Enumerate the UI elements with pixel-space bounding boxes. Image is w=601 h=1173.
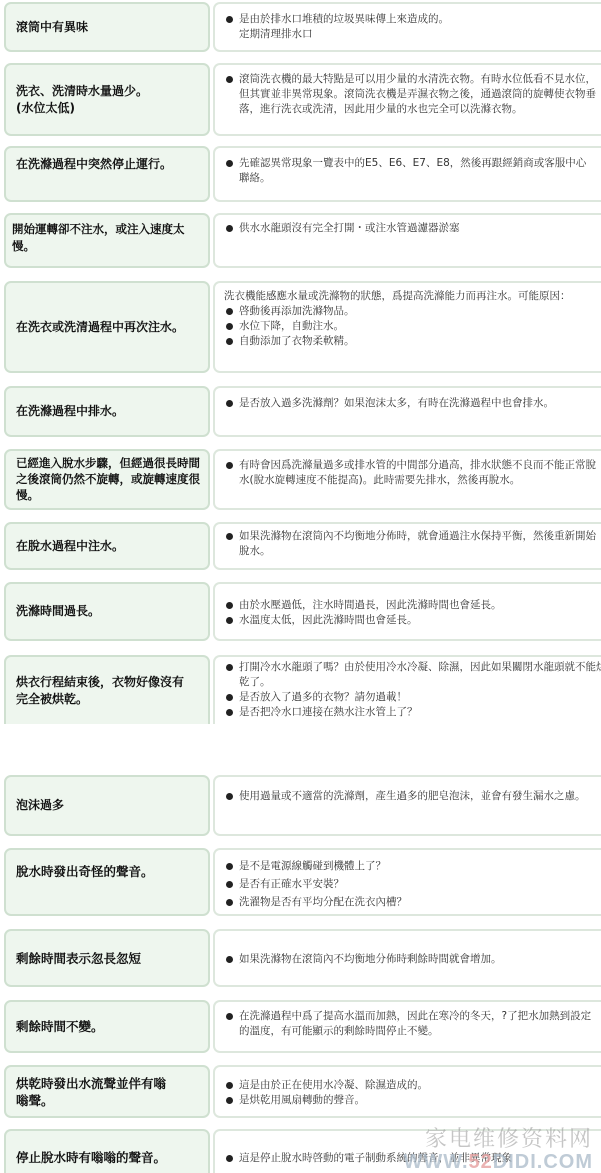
problem-text: 洗衣、洗清時水量過少。 (水位太低) xyxy=(16,83,148,117)
bullet-icon xyxy=(226,664,233,671)
problem-text: 停止脫水時有嗡嗡的聲音。 xyxy=(16,1149,166,1166)
trouble-row: 在洗衣或洗清過程中再次注水。 洗衣機能感應水量或洗滌物的狀態，爲提高洗滌能力而再… xyxy=(4,281,601,373)
trouble-row: 在洗滌過程中突然停止運行。 先確認異常現象一覽表中的E5、E6、E7、E8，然後… xyxy=(4,146,601,202)
trouble-row: 在洗滌過程中排水。 是否放入過多洗滌劑？如果泡沫太多，有時在洗滌過程中也會排水。 xyxy=(4,386,601,437)
solution-cell: 是由於排水口堆積的垃圾異味傳上來造成的。 定期清理排水口 xyxy=(213,2,601,52)
problem-cell: 烘衣行程結束後，衣物好像沒有完全被烘乾。 xyxy=(4,655,210,724)
cause-item: 由於水壓過低，注水時間過長，因此洗滌時間也會延長。 xyxy=(224,598,601,613)
problem-cell: 剩餘時間表示忽長忽短 xyxy=(4,929,210,987)
solution-cell: 供水水龍頭沒有完全打開・或注水管過濾器淤塞 xyxy=(213,213,601,268)
bullet-icon xyxy=(226,16,233,23)
trouble-row: 洗滌時間過長。 由於水壓過低，注水時間過長，因此洗滌時間也會延長。 水溫度太低，… xyxy=(4,582,601,641)
cause-item: 是由於排水口堆積的垃圾異味傳上來造成的。 定期清理排水口 xyxy=(224,12,601,42)
cause-item: 先確認異常現象一覽表中的E5、E6、E7、E8，然後再跟經銷商或客服中心聯絡。 xyxy=(224,156,601,186)
cause-item: 是不是電源線觸碰到機體上了？ xyxy=(224,857,601,875)
bullet-icon xyxy=(226,533,233,540)
solution-cell: 是不是電源線觸碰到機體上了？ 是否有正確水平安裝？ 洗濯物是否有平均分配在洗衣內… xyxy=(213,848,601,916)
problem-text: 烘乾時發出水流聲並伴有嗡嗡聲。 xyxy=(16,1075,168,1109)
problem-text: 已經進入脫水步驟，但經過很長時間之後滾筒仍然不旋轉，或旋轉速度很慢。 xyxy=(16,455,204,503)
solution-cell: 滾筒洗衣機的最大特點是可以用少量的水清洗衣物。有時水位低看不見水位，但其實並非異… xyxy=(213,63,601,136)
bullet-icon xyxy=(226,1155,233,1162)
bullet-icon xyxy=(226,1013,233,1020)
problem-text: 在洗滌過程中排水。 xyxy=(16,403,124,420)
problem-cell: 泡沫過多 xyxy=(4,775,210,836)
solution-cell: 這是停止脫水時啓動的電子制動系統的聲音，並非異常現象 xyxy=(213,1129,601,1173)
solution-cell: 打開冷水水龍頭了嗎？由於使用冷水冷凝、除濕，因此如果關閉水龍頭就不能烘乾了。 是… xyxy=(213,655,601,724)
solution-cell: 有時會因爲洗滌量過多或排水管的中間部分過高，排水狀態不良而不能正常脫水(脫水旋轉… xyxy=(213,449,601,510)
solution-cell: 在洗滌過程中爲了提高水溫而加熱，因此在寒冷的冬天，?了把水加熱到設定的溫度，有可… xyxy=(213,1000,601,1053)
problem-text: 滾筒中有異味 xyxy=(16,19,88,36)
trouble-row: 剩餘時間表示忽長忽短 如果洗滌物在滾筒內不均衡地分佈時剩餘時間就會增加。 xyxy=(4,929,601,987)
bullet-icon xyxy=(226,694,233,701)
cause-item: 如果洗滌物在滾筒內不均衡地分佈時剩餘時間就會增加。 xyxy=(224,952,601,967)
trouble-row: 烘衣行程結束後，衣物好像沒有完全被烘乾。 打開冷水水龍頭了嗎？由於使用冷水冷凝、… xyxy=(4,655,601,724)
problem-cell: 脫水時發出奇怪的聲音。 xyxy=(4,848,210,916)
trouble-row: 烘乾時發出水流聲並伴有嗡嗡聲。 這是由於正在使用水冷凝、除濕造成的。 是烘乾用風… xyxy=(4,1065,601,1118)
solution-cell: 如果洗滌物在滾筒內不均衡地分佈時剩餘時間就會增加。 xyxy=(213,929,601,987)
problem-text: 洗滌時間過長。 xyxy=(16,603,100,620)
cause-item: 啓動後再添加洗滌物品。 xyxy=(224,304,601,319)
bullet-icon xyxy=(226,793,233,800)
bullet-icon xyxy=(226,863,233,870)
problem-text: 泡沫過多 xyxy=(16,797,64,814)
problem-cell: 已經進入脫水步驟，但經過很長時間之後滾筒仍然不旋轉，或旋轉速度很慢。 xyxy=(4,449,210,510)
cause-item: 打開冷水水龍頭了嗎？由於使用冷水冷凝、除濕，因此如果關閉水龍頭就不能烘乾了。 xyxy=(224,660,601,690)
problem-text: 在脫水過程中注水。 xyxy=(16,538,124,555)
bullet-icon xyxy=(226,160,233,167)
problem-cell: 停止脫水時有嗡嗡的聲音。 xyxy=(4,1129,210,1173)
bullet-icon xyxy=(226,308,233,315)
problem-text: 烘衣行程結束後，衣物好像沒有完全被烘乾。 xyxy=(16,674,194,708)
bullet-icon xyxy=(226,76,233,83)
cause-item: 如果洗滌物在滾筒內不均衡地分佈時，就會通過注水保持平衡，然後重新開始脫水。 xyxy=(224,529,601,559)
problem-text: 在洗衣或洗清過程中再次注水。 xyxy=(16,319,184,336)
trouble-row: 滾筒中有異味 是由於排水口堆積的垃圾異味傳上來造成的。 定期清理排水口 xyxy=(4,2,601,52)
solution-cell: 如果洗滌物在滾筒內不均衡地分佈時，就會通過注水保持平衡，然後重新開始脫水。 xyxy=(213,522,601,570)
problem-cell: 洗衣、洗清時水量過少。 (水位太低) xyxy=(4,63,210,136)
trouble-row: 開始運轉卻不注水，或注入速度太慢。 供水水龍頭沒有完全打開・或注水管過濾器淤塞 xyxy=(4,213,601,268)
solution-cell: 洗衣機能感應水量或洗滌物的狀態，爲提高洗滌能力而再注水。可能原因： 啓動後再添加… xyxy=(213,281,601,373)
problem-cell: 在洗滌過程中突然停止運行。 xyxy=(4,146,210,202)
problem-text: 剩餘時間表示忽長忽短 xyxy=(16,950,141,967)
problem-cell: 剩餘時間不變。 xyxy=(4,1000,210,1053)
cause-item: 是否有正確水平安裝？ xyxy=(224,875,601,893)
cause-item: 有時會因爲洗滌量過多或排水管的中間部分過高，排水狀態不良而不能正常脫水(脫水旋轉… xyxy=(224,458,601,488)
trouble-row: 在脫水過程中注水。 如果洗滌物在滾筒內不均衡地分佈時，就會通過注水保持平衡，然後… xyxy=(4,522,601,570)
trouble-row: 停止脫水時有嗡嗡的聲音。 這是停止脫水時啓動的電子制動系統的聲音，並非異常現象 xyxy=(4,1129,601,1173)
trouble-row: 洗衣、洗清時水量過少。 (水位太低) 滾筒洗衣機的最大特點是可以用少量的水清洗衣… xyxy=(4,63,601,136)
solution-cell: 是否放入過多洗滌劑？如果泡沫太多，有時在洗滌過程中也會排水。 xyxy=(213,386,601,437)
bullet-icon xyxy=(226,602,233,609)
cause-item: 洗濯物是否有平均分配在洗衣內槽？ xyxy=(224,893,601,911)
cause-intro: 洗衣機能感應水量或洗滌物的狀態，爲提高洗滌能力而再注水。可能原因： xyxy=(224,289,601,304)
trouble-row: 剩餘時間不變。 在洗滌過程中爲了提高水溫而加熱，因此在寒冷的冬天，?了把水加熱到… xyxy=(4,1000,601,1053)
problem-cell: 滾筒中有異味 xyxy=(4,2,210,52)
bullet-icon xyxy=(226,709,233,716)
cause-item: 供水水龍頭沒有完全打開・或注水管過濾器淤塞 xyxy=(224,221,601,236)
bullet-icon xyxy=(226,1082,233,1089)
problem-text: 脫水時發出奇怪的聲音。 xyxy=(16,863,154,880)
cause-item: 是否放入過多洗滌劑？如果泡沫太多，有時在洗滌過程中也會排水。 xyxy=(224,396,601,411)
cause-item: 使用過量或不適當的洗滌劑，產生過多的肥皂泡沫，並會有發生漏水之慮。 xyxy=(224,789,601,804)
problem-cell: 在洗滌過程中排水。 xyxy=(4,386,210,437)
cause-item: 這是停止脫水時啓動的電子制動系統的聲音，並非異常現象 xyxy=(224,1151,601,1166)
cause-item: 水位下降，自動注水。 xyxy=(224,319,601,334)
solution-cell: 使用過量或不適當的洗滌劑，產生過多的肥皂泡沫，並會有發生漏水之慮。 xyxy=(213,775,601,836)
problem-text: 剩餘時間不變。 xyxy=(16,1018,104,1035)
bullet-icon xyxy=(226,617,233,624)
bullet-icon xyxy=(226,956,233,963)
problem-cell: 開始運轉卻不注水，或注入速度太慢。 xyxy=(4,213,210,268)
solution-cell: 先確認異常現象一覽表中的E5、E6、E7、E8，然後再跟經銷商或客服中心聯絡。 xyxy=(213,146,601,202)
problem-cell: 在脫水過程中注水。 xyxy=(4,522,210,570)
bullet-icon xyxy=(226,881,233,888)
bullet-icon xyxy=(226,338,233,345)
problem-cell: 烘乾時發出水流聲並伴有嗡嗡聲。 xyxy=(4,1065,210,1118)
cause-item: 自動添加了衣物柔軟精。 xyxy=(224,334,601,349)
problem-cell: 洗滌時間過長。 xyxy=(4,582,210,641)
bullet-icon xyxy=(226,899,233,906)
trouble-row: 脫水時發出奇怪的聲音。 是不是電源線觸碰到機體上了？ 是否有正確水平安裝？ 洗濯… xyxy=(4,848,601,916)
trouble-row: 泡沫過多 使用過量或不適當的洗滌劑，產生過多的肥皂泡沫，並會有發生漏水之慮。 xyxy=(4,775,601,836)
bullet-icon xyxy=(226,225,233,232)
cause-item: 是否放入了過多的衣物？請勿過載！ xyxy=(224,690,601,705)
bullet-icon xyxy=(226,400,233,407)
cause-item: 在洗滌過程中爲了提高水溫而加熱，因此在寒冷的冬天，?了把水加熱到設定的溫度，有可… xyxy=(224,1009,601,1039)
bullet-icon xyxy=(226,462,233,469)
problem-cell: 在洗衣或洗清過程中再次注水。 xyxy=(4,281,210,373)
solution-cell: 由於水壓過低，注水時間過長，因此洗滌時間也會延長。 水溫度太低，因此洗滌時間也會… xyxy=(213,582,601,641)
problem-text: 在洗滌過程中突然停止運行。 xyxy=(16,156,172,173)
bullet-icon xyxy=(226,1097,233,1104)
cause-item: 滾筒洗衣機的最大特點是可以用少量的水清洗衣物。有時水位低看不見水位，但其實並非異… xyxy=(224,72,601,117)
cause-item: 是烘乾用風扇轉動的聲音。 xyxy=(224,1093,601,1108)
cause-item: 這是由於正在使用水冷凝、除濕造成的。 xyxy=(224,1078,601,1093)
trouble-row: 已經進入脫水步驟，但經過很長時間之後滾筒仍然不旋轉，或旋轉速度很慢。 有時會因爲… xyxy=(4,449,601,510)
cause-item: 是否把冷水口連接在熱水注水管上了？ xyxy=(224,705,601,720)
problem-text: 開始運轉卻不注水，或注入速度太慢。 xyxy=(12,221,206,255)
bullet-icon xyxy=(226,323,233,330)
solution-cell: 這是由於正在使用水冷凝、除濕造成的。 是烘乾用風扇轉動的聲音。 xyxy=(213,1065,601,1118)
cause-item: 水溫度太低，因此洗滌時間也會延長。 xyxy=(224,613,601,628)
